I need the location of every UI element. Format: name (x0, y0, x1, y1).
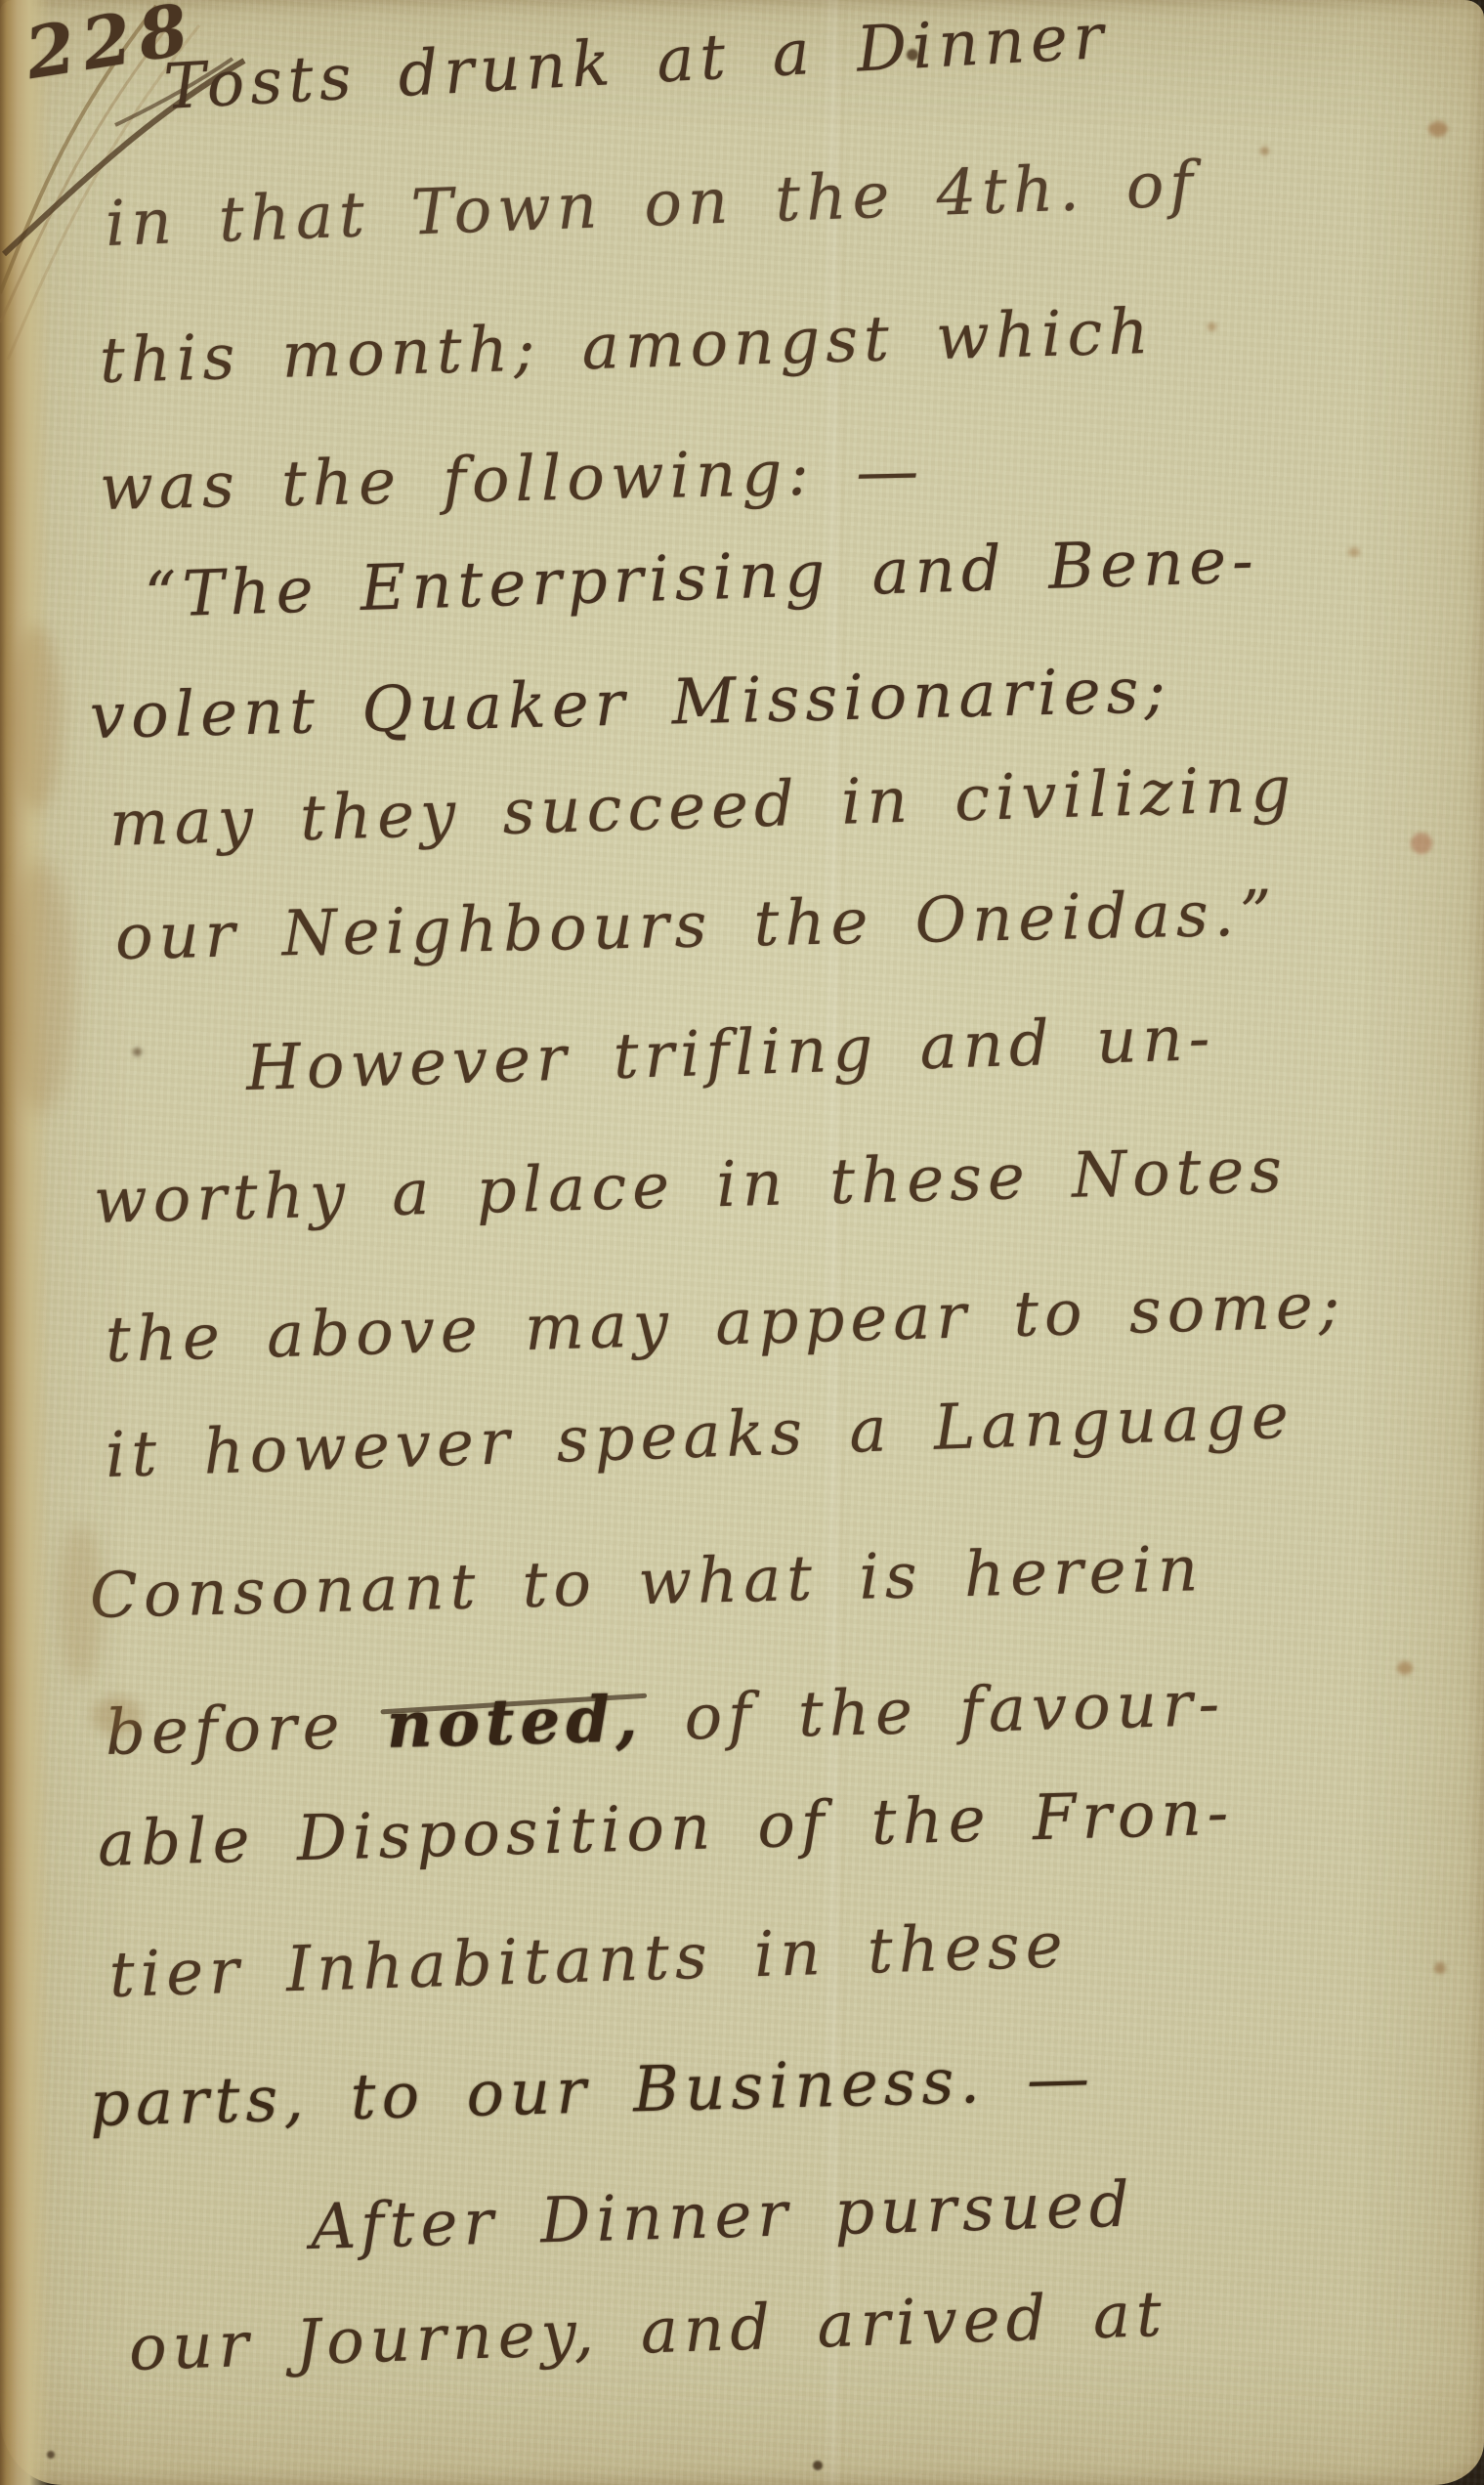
line-text: However trifling and un- (245, 1003, 1216, 1105)
handwritten-line: the above may appear to some; (105, 1275, 1346, 1372)
paper-stain (1428, 121, 1448, 137)
line-text: “The Enterprising and Bene- (144, 525, 1260, 632)
line-text: After Dinner pursued (310, 2168, 1136, 2264)
paper-stain (1397, 1661, 1413, 1675)
handwritten-line: this month; amongst which (99, 301, 1155, 393)
handwritten-line: was the following: — (99, 440, 924, 520)
handwritten-line: However trifling and un- (245, 1007, 1216, 1100)
line-text: parts, to our Business. — (89, 2042, 1096, 2141)
line-text: in that Town on the 4th. of (105, 149, 1201, 261)
handwritten-line: volent Quaker Missionaries; (89, 660, 1171, 749)
handwritten-line: tier Inhabitants in these (108, 1914, 1069, 2007)
paper-stain (1434, 1962, 1446, 1974)
line-text: before (105, 1690, 388, 1770)
line-text: Consonant to what is herein (89, 1533, 1205, 1633)
handwritten-line: Consonant to what is herein (89, 1538, 1205, 1628)
paper-stain (1208, 322, 1216, 331)
handwritten-line: may they succeed in civilizing (108, 758, 1297, 856)
handwritten-line: worthy a place in these Notes (93, 1139, 1289, 1233)
manuscript-scan: 228 Tosts drunk at a Dinner in that Town… (0, 0, 1484, 2485)
line-text: our Neighbours the Oneidas.” (114, 878, 1278, 974)
line-text: it however speaks a Language (105, 1381, 1295, 1492)
paper-stain (1348, 547, 1360, 557)
handwritten-line: able Disposition of the Fron- (97, 1782, 1235, 1876)
ink-spot (813, 2461, 823, 2470)
overwritten-word: noted, (386, 1683, 644, 1763)
handwritten-line: After Dinner pursued (310, 2173, 1135, 2259)
handwritten-line: our Journey, and arived at (128, 2284, 1168, 2380)
line-text: the above may appear to some; (105, 1270, 1346, 1377)
book-binding-edge (0, 0, 51, 2485)
handwritten-line: our Neighbours the Oneidas.” (114, 882, 1278, 969)
handwritten-line: Tosts drunk at a Dinner (162, 6, 1111, 119)
line-text: worthy a place in these Notes (93, 1135, 1289, 1238)
line-text: volent Quaker Missionaries; (89, 655, 1172, 753)
line-text: was the following: — (99, 435, 925, 525)
ink-spot (133, 1048, 142, 1056)
handwritten-line: before noted, of the favour- (105, 1673, 1226, 1765)
journal-page: 228 Tosts drunk at a Dinner in that Town… (0, 0, 1484, 2485)
line-text: Tosts drunk at a Dinner (162, 1, 1111, 124)
line-text: our Journey, and arived at (128, 2279, 1168, 2385)
line-text: of the favour- (642, 1668, 1226, 1756)
line-text: may they succeed in civilizing (108, 753, 1297, 861)
handwritten-line: parts, to our Business. — (89, 2047, 1096, 2136)
line-text: tier Inhabitants in these (108, 1909, 1070, 2012)
handwritten-line: in that Town on the 4th. of (105, 153, 1200, 256)
line-text: able Disposition of the Fron- (97, 1778, 1235, 1881)
line-text: this month; amongst which (99, 296, 1156, 398)
handwritten-line: it however speaks a Language (105, 1386, 1295, 1487)
paper-stain (1260, 147, 1269, 155)
handwritten-line: “The Enterprising and Bene- (144, 530, 1260, 627)
paper-stain (1411, 833, 1432, 854)
